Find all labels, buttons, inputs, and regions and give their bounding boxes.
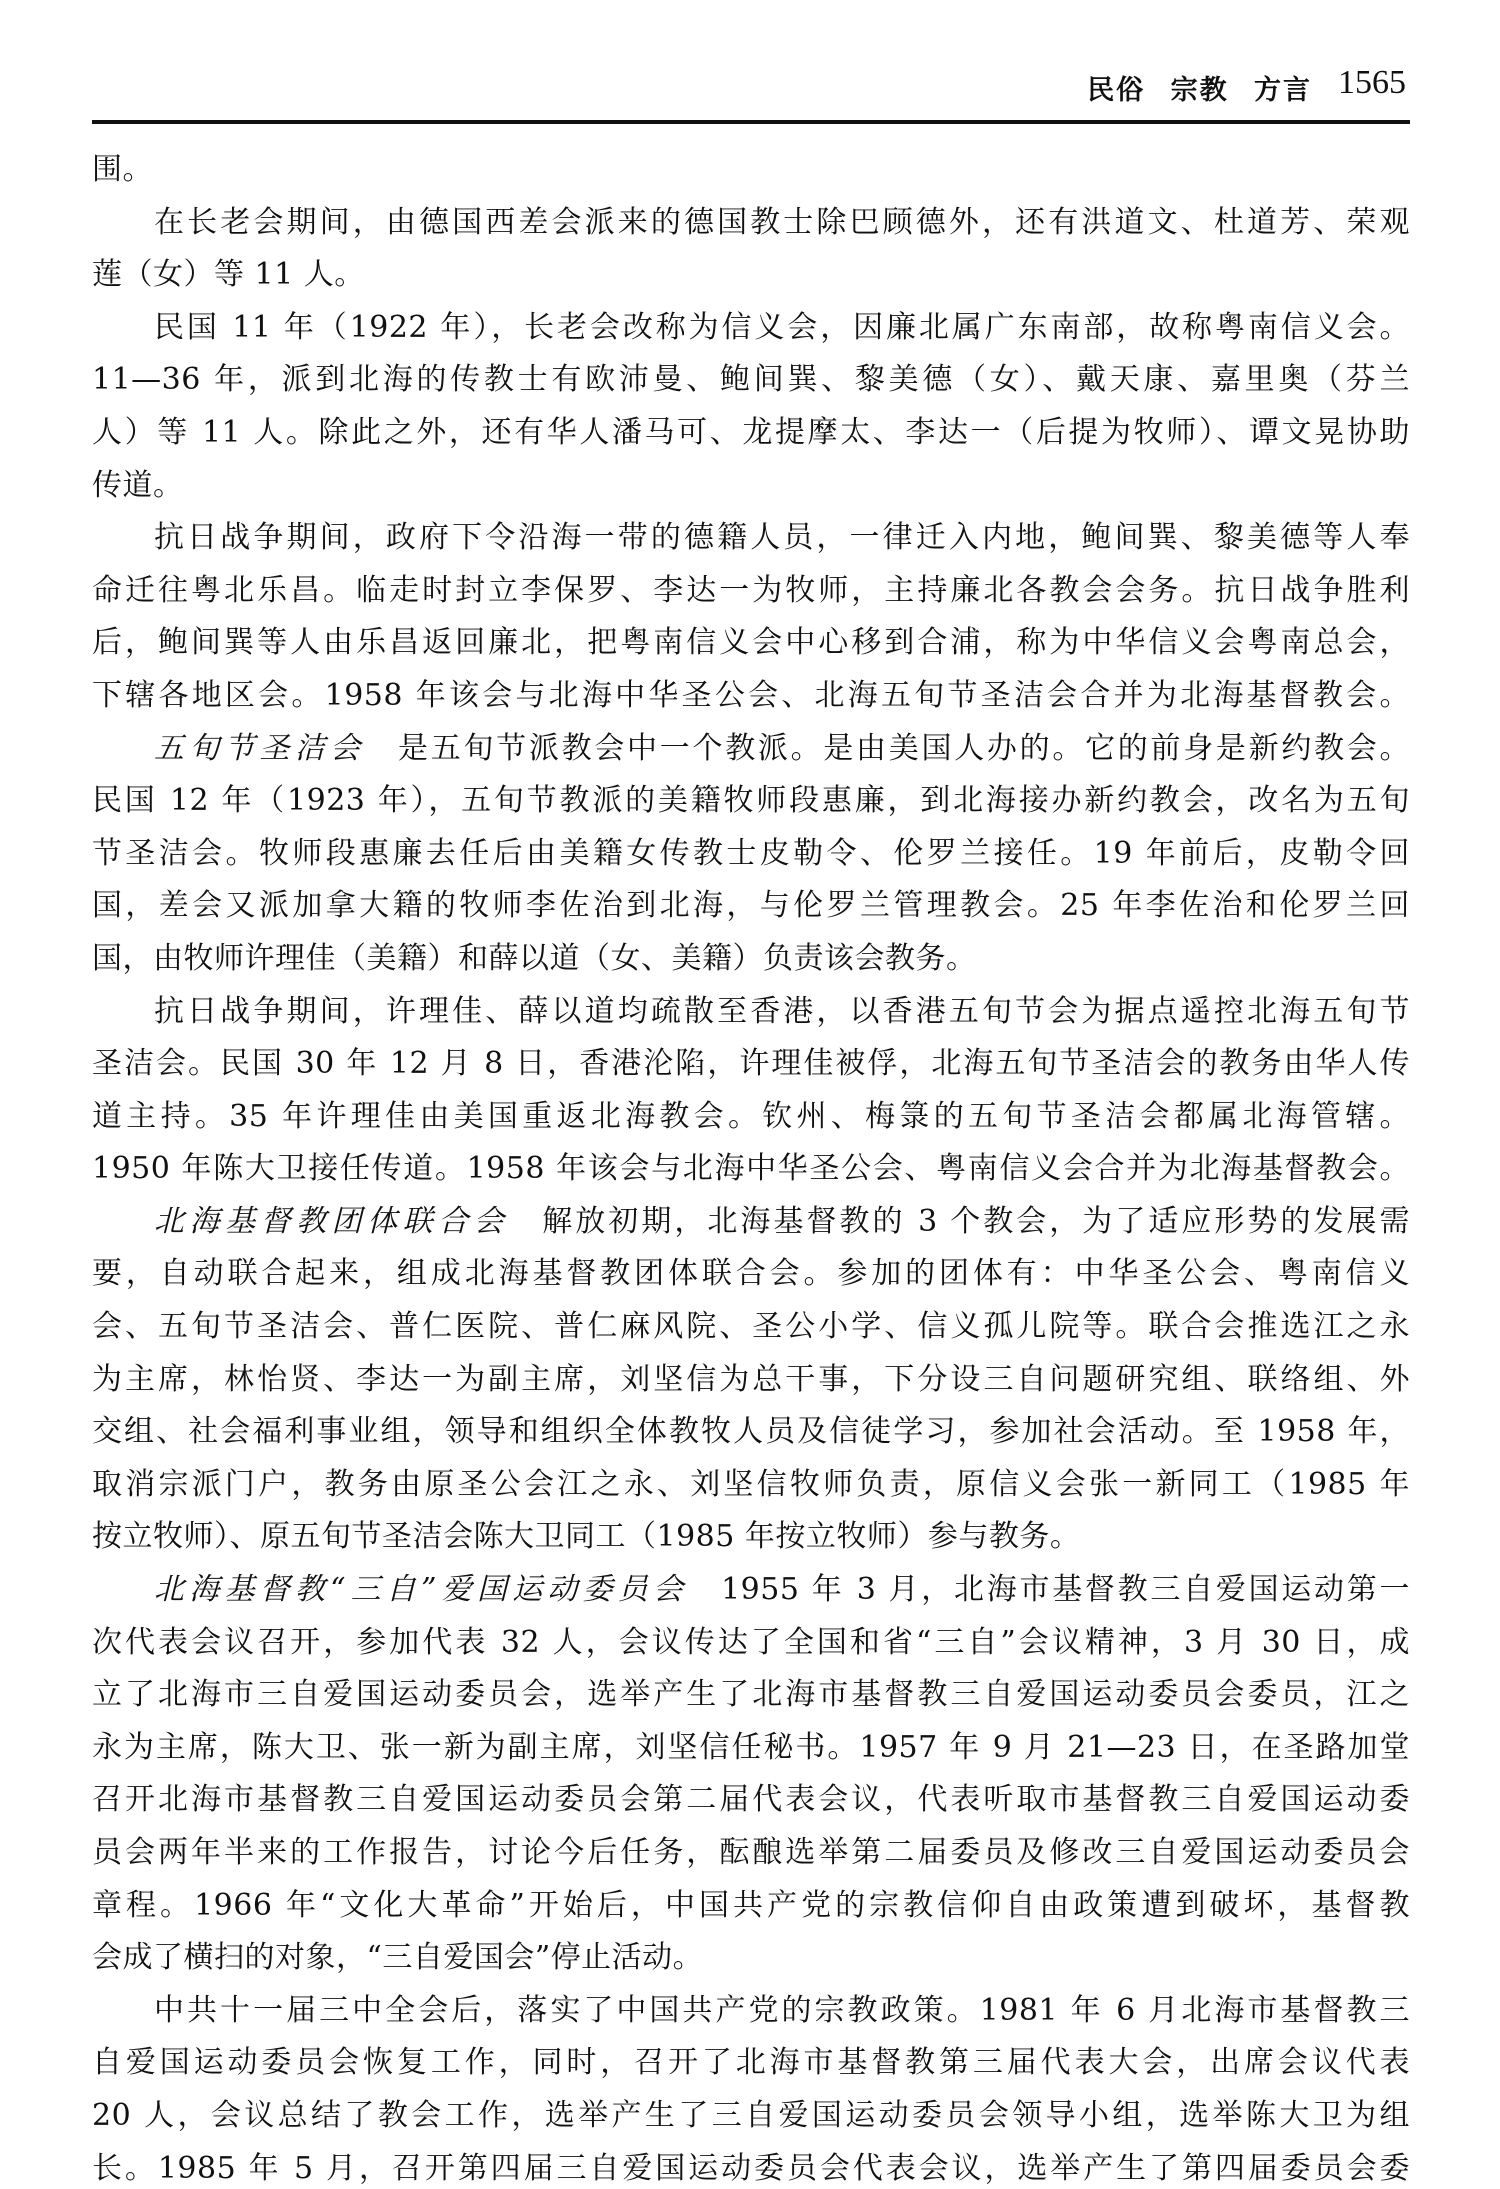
text-line: 圣洁会。民国 30 年 12 月 8 日，香港沦陷，许理佳被俘，北海五旬节圣洁会… <box>92 1038 1410 1091</box>
text-line: 围。 <box>92 144 1410 197</box>
section-title: 民俗 宗教 方言 <box>1087 68 1312 107</box>
text-line: 会、五旬节圣洁会、普仁医院、普仁麻风院、圣公小学、信义孤儿院等。联合会推选江之永 <box>92 1301 1410 1354</box>
text-line: 要，自动联合起来，组成北海基督教团体联合会。参加的团体有：中华圣公会、粤南信义 <box>92 1248 1410 1301</box>
text-line: 莲（女）等 11 人。 <box>92 249 1410 302</box>
section-heading: 北海基督教“三自”爱国运动委员会 <box>154 1572 688 1607</box>
text-line: 人）等 11 人。除此之外，还有华人潘马可、龙提摩太、李达一（后提为牧师）、谭文… <box>92 407 1410 460</box>
text-line: 节圣洁会。牧师段惠廉去任后由美籍女传教士皮勒令、伦罗兰接任。19 年前后，皮勒令… <box>92 828 1410 881</box>
text-line: 道主持。35 年许理佳由美国重返北海教会。钦州、梅箓的五旬节圣洁会都属北海管辖。 <box>92 1091 1410 1144</box>
text-line: 取消宗派门户，教务由原圣公会江之永、刘坚信牧师负责，原信义会张一新同工（1985… <box>92 1459 1410 1512</box>
section-heading: 北海基督教团体联合会 <box>154 1204 509 1239</box>
text-line: 11—36 年，派到北海的传教士有欧沛曼、鲍间巽、黎美德（女）、戴天康、嘉里奥（… <box>92 354 1410 407</box>
text-line: 会成了横扫的对象，“三自爱国会”停止活动。 <box>92 1932 1410 1985</box>
header-rule <box>92 120 1410 124</box>
text-line: 立了北海市三自爱国运动委员会，选举产生了北海市基督教三自爱国运动委员会委员，江之 <box>92 1669 1410 1722</box>
text-line: 中共十一届三中全会后，落实了中国共产党的宗教政策。1981 年 6 月北海市基督… <box>92 1985 1410 2038</box>
text-line: 员会两年半来的工作报告，讨论今后任务，酝酿选举第二届委员及修改三自爱国运动委员会 <box>92 1827 1410 1880</box>
text-line: 北海基督教“三自”爱国运动委员会 1955 年 3 月，北海市基督教三自爱国运动… <box>92 1564 1410 1617</box>
text-line: 为主席，林怡贤、李达一为副主席，刘坚信为总干事，下分设三自问题研究组、联络组、外 <box>92 1354 1410 1407</box>
text-line: 按立牧师）、原五旬节圣洁会陈大卫同工（1985 年按立牧师）参与教务。 <box>92 1511 1410 1564</box>
page-body: 围。 在长老会期间，由德国西差会派来的德国教士除巴顾德外，还有洪道文、杜道芳、荣… <box>92 144 1410 2189</box>
text-line: 后，鲍间巽等人由乐昌返回廉北，把粤南信义会中心移到合浦，称为中华信义会粤南总会， <box>92 617 1410 670</box>
text-line: 国，由牧师许理佳（美籍）和薛以道（女、美籍）负责该会教务。 <box>92 933 1410 986</box>
text-line: 民国 11 年（1922 年），长老会改称为信义会，因廉北属广东南部，故称粤南信… <box>92 302 1410 355</box>
text-line: 召开北海市基督教三自爱国运动委员会第二届代表会议，代表听取市基督教三自爱国运动委 <box>92 1774 1410 1827</box>
text-run: 解放初期，北海基督教的 3 个教会，为了适应形势的发展需 <box>542 1204 1410 1239</box>
running-header: 民俗 宗教 方言 1565 <box>92 62 1410 118</box>
text-line: 在长老会期间，由德国西差会派来的德国教士除巴顾德外，还有洪道文、杜道芳、荣观 <box>92 197 1410 250</box>
text-line: 永为主席，陈大卫、张一新为副主席，刘坚信任秘书。1957 年 9 月 21—23… <box>92 1722 1410 1775</box>
text-line: 次代表会议召开，参加代表 32 人，会议传达了全国和省“三自”会议精神，3 月 … <box>92 1617 1410 1670</box>
text-line: 命迁往粤北乐昌。临走时封立李保罗、李达一为牧师，主持廉北各教会会务。抗日战争胜利 <box>92 565 1410 618</box>
text-run: 1955 年 3 月，北海市基督教三自爱国运动第一 <box>721 1572 1410 1607</box>
text-line: 传道。 <box>92 460 1410 513</box>
text-line: 章程。1966 年“文化大革命”开始后，中国共产党的宗教信仰自由政策遭到破坏，基… <box>92 1880 1410 1933</box>
text-line: 交组、社会福利事业组，领导和组织全体教牧人员及信徒学习，参加社会活动。至 195… <box>92 1406 1410 1459</box>
text-line: 北海基督教团体联合会 解放初期，北海基督教的 3 个教会，为了适应形势的发展需 <box>92 1196 1410 1249</box>
text-line: 下辖各地区会。1958 年该会与北海中华圣公会、北海五旬节圣洁会合并为北海基督教… <box>92 670 1410 723</box>
page-number: 1565 <box>1338 64 1406 102</box>
text-line: 20 人，会议总结了教会工作，选举产生了三自爱国运动委员会领导小组，选举陈大卫为… <box>92 2090 1410 2143</box>
text-line: 五旬节圣洁会 是五旬节派教会中一个教派。是由美国人办的。它的前身是新约教会。 <box>92 723 1410 776</box>
text-line: 国，差会又派加拿大籍的牧师李佐治到北海，与伦罗兰管理教会。25 年李佐治和伦罗兰… <box>92 880 1410 933</box>
text-line: 1950 年陈大卫接任传道。1958 年该会与北海中华圣公会、粤南信义会合并为北… <box>92 1143 1410 1196</box>
text-line: 民国 12 年（1923 年），五旬节教派的美籍牧师段惠廉，到北海接办新约教会，… <box>92 775 1410 828</box>
text-line: 自爱国运动委员会恢复工作，同时，召开了北海市基督教第三届代表大会，出席会议代表 <box>92 2037 1410 2090</box>
text-line: 长。1985 年 5 月，召开第四届三自爱国运动委员会代表会议，选举产生了第四届… <box>92 2143 1410 2189</box>
section-heading: 五旬节圣洁会 <box>154 731 365 766</box>
text-line: 抗日战争期间，政府下令沿海一带的德籍人员，一律迁入内地，鲍间巽、黎美德等人奉 <box>92 512 1410 565</box>
text-line: 抗日战争期间，许理佳、薛以道均疏散至香港，以香港五旬节会为据点遥控北海五旬节 <box>92 986 1410 1039</box>
text-run: 是五旬节派教会中一个教派。是由美国人办的。它的前身是新约教会。 <box>398 731 1410 766</box>
